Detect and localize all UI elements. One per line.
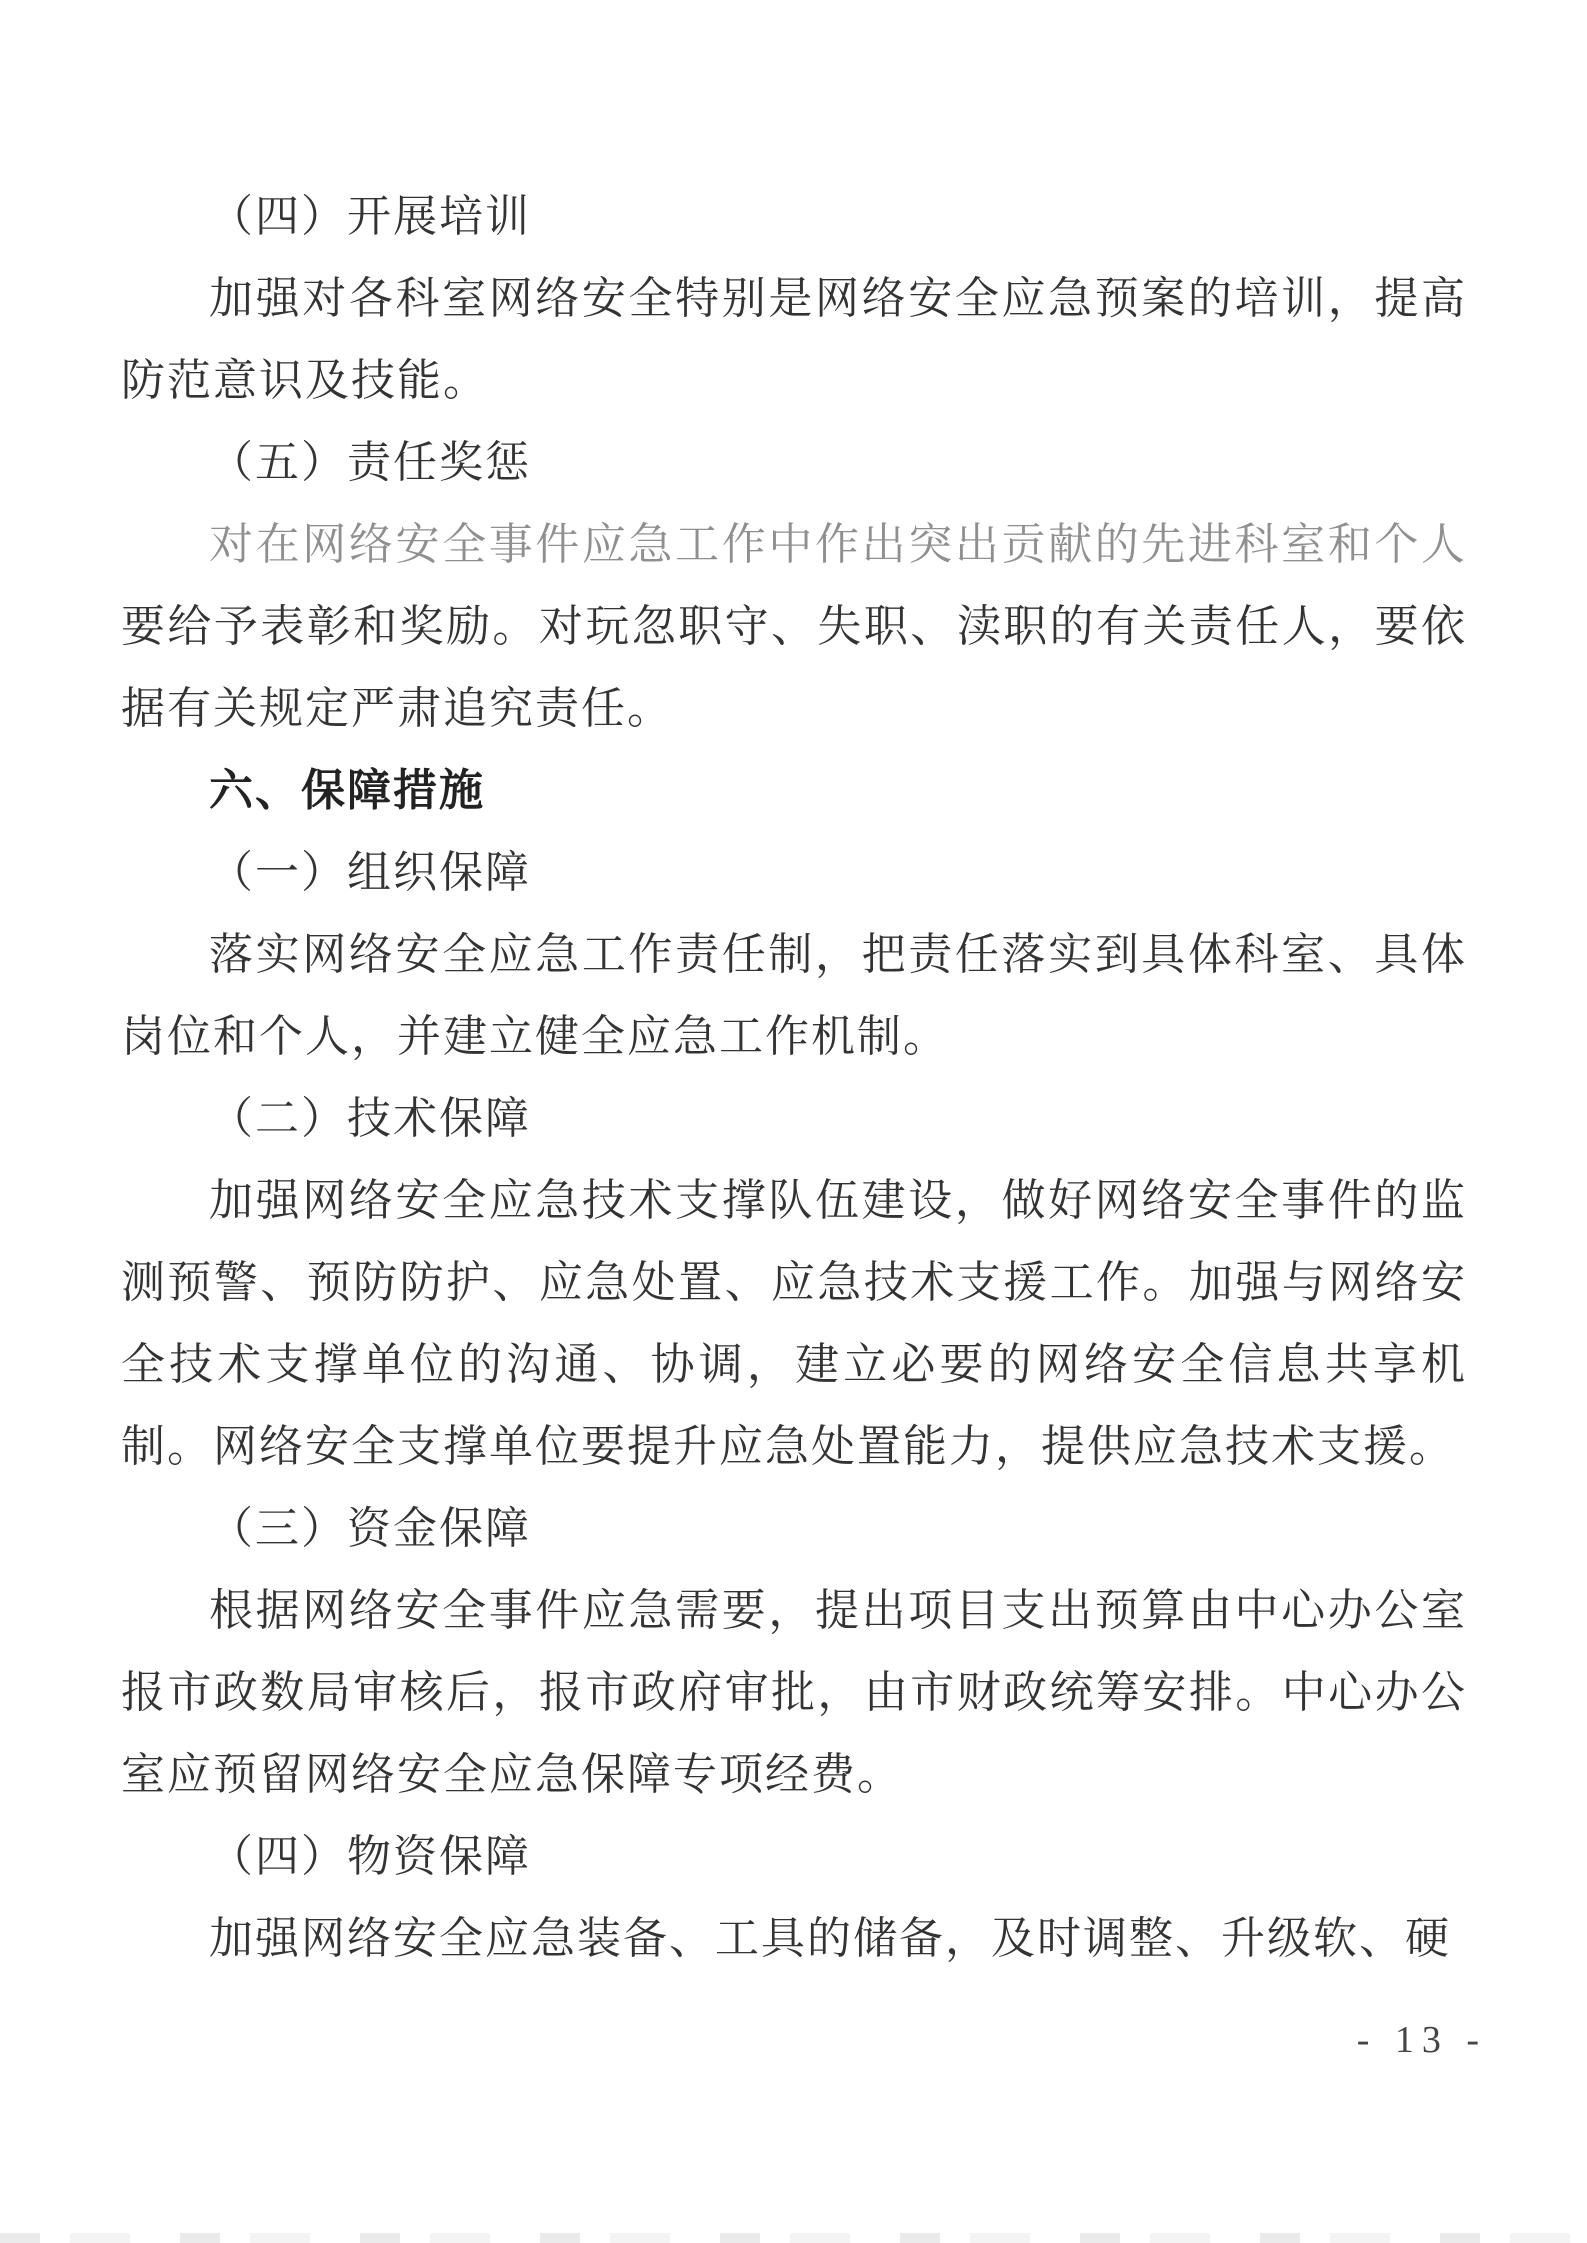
paragraph-rewards-punishments: 对在网络安全事件应急工作中作出突出贡献的先进科室和个人要给予表彰和奖励。对玩忽职… [121,504,1467,750]
paragraph-organizational-safeguard: 落实网络安全应急工作责任制，把责任落实到具体科室、具体岗位和个人，并建立健全应急… [121,914,1467,1078]
scan-noise-strip [0,2233,1587,2243]
document-page: （四）开展培训 加强对各科室网络安全特别是网络安全应急预案的培训，提高防范意识及… [0,0,1587,2243]
section-heading-rewards-punishments: （五）责任奖惩 [121,422,1467,504]
section-heading-training: （四）开展培训 [121,176,1467,258]
paragraph-material-safeguard: 加强网络安全应急装备、工具的储备，及时调整、升级软、硬 [121,1898,1467,1980]
paragraph-training: 加强对各科室网络安全特别是网络安全应急预案的培训，提高防范意识及技能。 [121,258,1467,422]
chapter-heading-safeguard-measures: 六、保障措施 [121,750,1467,832]
document-body: （四）开展培训 加强对各科室网络安全特别是网络安全应急预案的培训，提高防范意识及… [121,176,1467,1980]
section-heading-technical-safeguard: （二）技术保障 [121,1078,1467,1160]
page-footer: - 13 - [1357,2018,1487,2062]
section-heading-funding-safeguard: （三）资金保障 [121,1488,1467,1570]
section-heading-material-safeguard: （四）物资保障 [121,1816,1467,1898]
page-number: - 13 - [1357,2019,1487,2061]
paragraph-technical-safeguard: 加强网络安全应急技术支撑队伍建设，做好网络安全事件的监测预警、预防防护、应急处置… [121,1160,1467,1488]
section-heading-organizational-safeguard: （一）组织保障 [121,832,1467,914]
paragraph-funding-safeguard: 根据网络安全事件应急需要，提出项目支出预算由中心办公室报市政数局审核后，报市政府… [121,1570,1467,1816]
